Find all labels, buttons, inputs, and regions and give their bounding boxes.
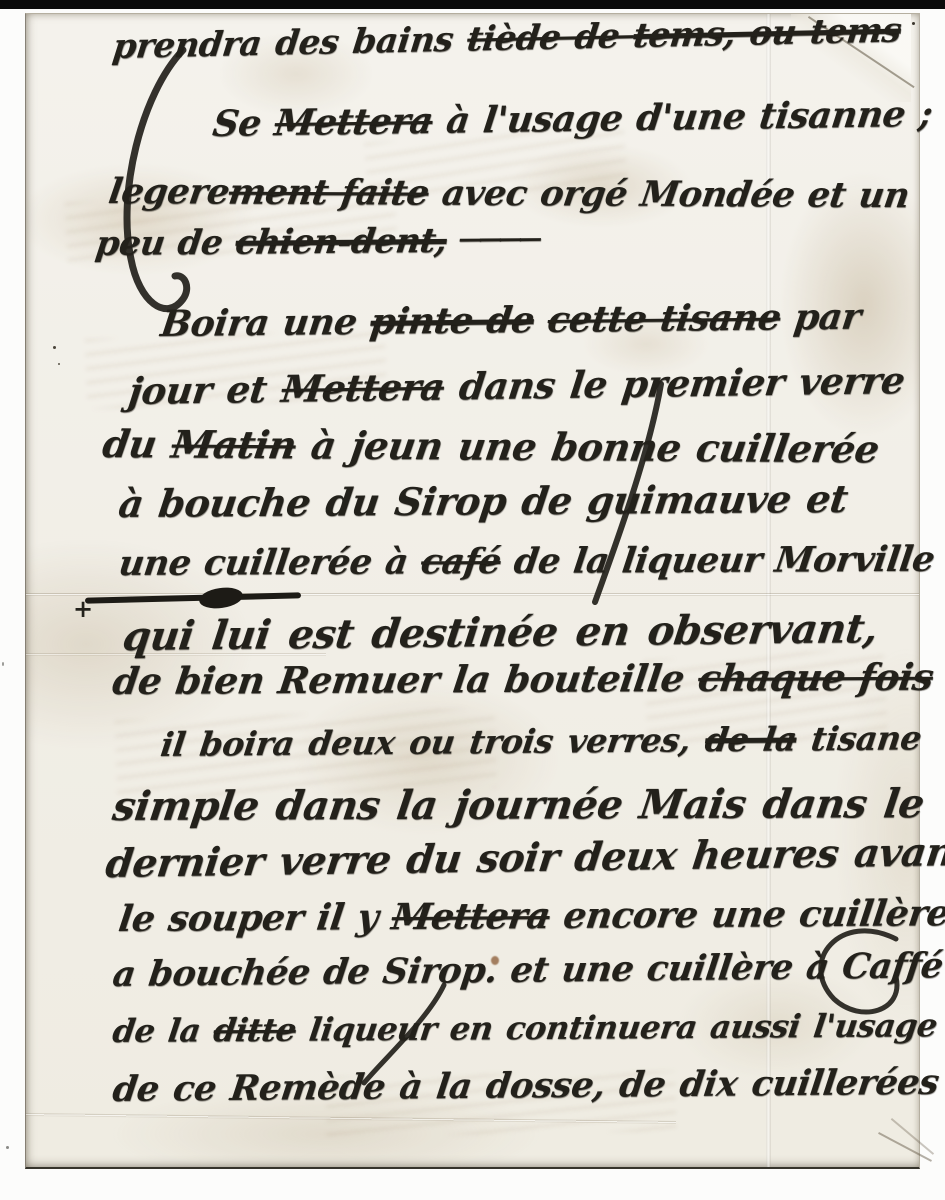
struck-text: pinte de	[368, 299, 537, 343]
text-segment: à bouche du Sirop de guimauve et	[116, 476, 850, 526]
manuscript-line: le souper il y Mettera encore une cuillè…	[117, 895, 945, 937]
struck-text: café	[419, 541, 504, 582]
text-segment: de bien Remuer la bouteille	[110, 656, 701, 703]
text-segment: simple dans la journée Mais dans le	[110, 780, 927, 830]
ink-speck	[58, 363, 60, 365]
struck-text: cette tisane	[545, 296, 783, 340]
text-segment: de ce Remède à la dosse, de dix cuilleré…	[110, 1062, 941, 1110]
manuscript-line: qui lui est destinée en observant,	[120, 609, 879, 657]
manuscript-line: jour et Mettera dans le premier verre	[127, 362, 907, 410]
text-segment: Se	[210, 102, 277, 145]
scan-edge-top	[0, 0, 945, 9]
struck-text: Mettera	[272, 100, 435, 144]
text-segment: tisane	[794, 718, 924, 758]
text-segment: Boira une	[158, 301, 373, 345]
manuscript-line: à bouche du Sirop de guimauve et	[116, 480, 849, 523]
text-segment: a bouchée de Sirop. et une cuillère à Ca…	[110, 945, 945, 995]
manuscript-line: une cuillerée à café de la liqueur Morvi…	[117, 542, 937, 581]
manuscript-line: du Matin à jeun une bonne cuillerée	[100, 425, 881, 468]
struck-text: chaque fois	[695, 655, 936, 700]
strike-bar	[85, 592, 301, 603]
text-segment: à jeun une bonne cuillerée	[292, 422, 881, 471]
ink-speck	[53, 346, 56, 349]
manuscript-line: a bouchée de Sirop. et une cuillère à Ca…	[111, 948, 945, 992]
struck-text: ditte	[211, 1011, 298, 1050]
text-segment: du	[100, 421, 176, 466]
manuscript-line: legerement faite avec orgé Mondée et un	[106, 174, 911, 213]
text-segment: prendra des bains	[111, 20, 470, 68]
text-segment: de la liqueur Morville	[498, 539, 937, 582]
scan-dust-speck	[6, 1146, 9, 1149]
text-segment: jour et	[126, 367, 284, 413]
struck-text: Mettera	[279, 365, 447, 411]
struck-text: tems, ou tems	[631, 10, 903, 56]
struck-text: de la	[703, 719, 799, 759]
scan-dust-speck	[2, 662, 4, 666]
crossed-out-scribble: +	[71, 586, 311, 612]
struck-text: tiède de	[465, 16, 636, 60]
struck-text: Matin	[169, 422, 299, 468]
paper-sheet: + prendra des bains tiède de tems, ou te…	[25, 13, 920, 1169]
manuscript-line: prendra des bains tiède de tems, ou tems	[111, 13, 903, 64]
text-segment: une cuillerée à	[116, 541, 424, 584]
manuscript-line: simple dans la journée Mais dans le	[110, 784, 926, 827]
manuscript-line: il boira deux ou trois verres, de la tis…	[159, 721, 923, 761]
text-segment: peu de	[93, 223, 238, 264]
text-segment: legere	[106, 171, 232, 213]
manuscript-line: de ce Remède à la dosse, de dix cuilleré…	[111, 1065, 941, 1107]
text-segment: le souper il y	[116, 896, 395, 940]
text-segment: par	[778, 296, 863, 339]
text-segment: dans le premier verre	[441, 358, 907, 409]
manuscript-line: de la ditte liqueur en continuera aussi …	[111, 1009, 939, 1047]
text-segment: à l'usage d'une tisanne ;	[430, 93, 935, 142]
text-segment: ────	[444, 220, 542, 261]
text-segment: il boira deux ou trois verres,	[158, 720, 708, 764]
manuscript-line: peu de chien-dent, ────	[94, 223, 542, 261]
text-segment: liqueur en continuera aussi l'usage	[293, 1006, 939, 1049]
text-segment: dernier verre du soir deux heures avant	[103, 829, 945, 887]
struck-text: Mettera	[389, 895, 552, 938]
text-segment: avec orgé Mondée et un	[426, 173, 912, 216]
text-segment: qui lui est destinée en observant,	[120, 605, 880, 660]
manuscript-line: Boira une pinte de cette tisane par	[159, 299, 863, 342]
text-segment: de la	[110, 1011, 216, 1050]
manuscript-line: de bien Remuer la bouteille chaque fois	[110, 659, 935, 700]
manuscript-line: dernier verre du soir deux heures avant	[104, 833, 945, 884]
manuscript-line: Se Mettera à l'usage d'une tisanne ;	[211, 96, 935, 142]
struck-text: chien-dent,	[233, 221, 449, 263]
struck-text: ment faite	[226, 172, 432, 214]
ink-blot	[198, 585, 244, 611]
scanned-letter-page: { "document": { "kind": "Handwritten man…	[0, 0, 945, 1200]
text-segment: encore une cuillère	[547, 892, 945, 937]
ink-speck	[912, 22, 915, 25]
